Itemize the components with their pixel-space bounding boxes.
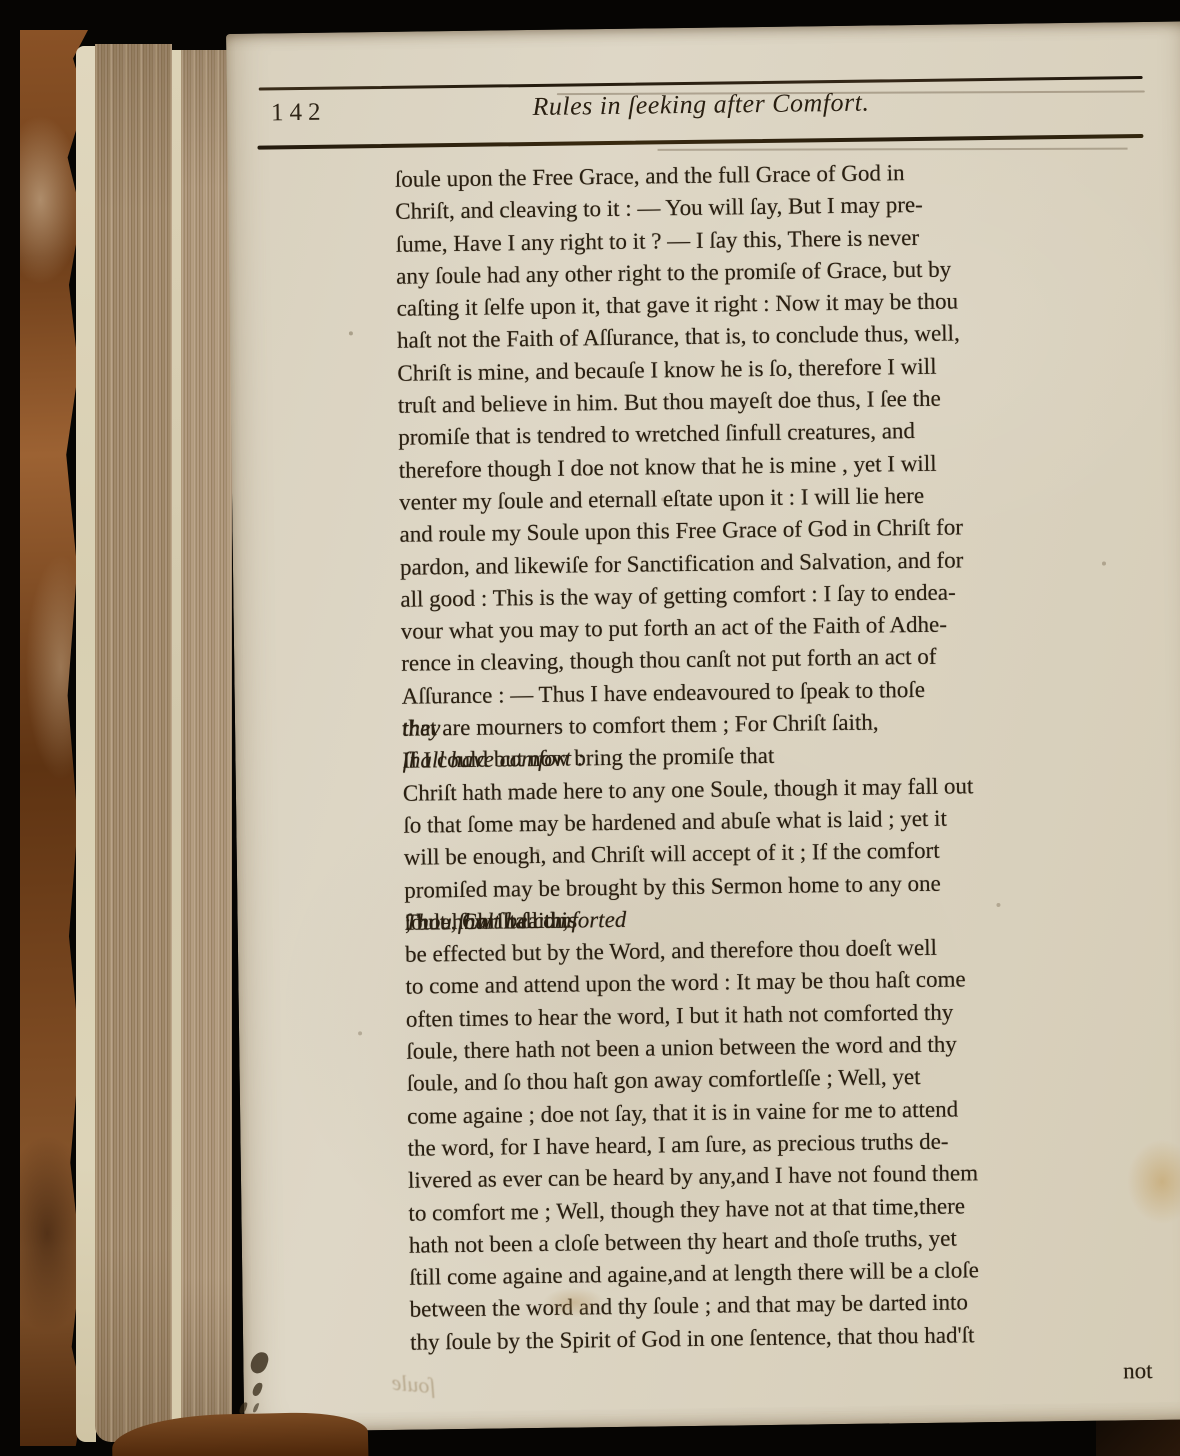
fore-edge-pages-band xyxy=(95,44,172,1442)
fore-edge-pages-band xyxy=(181,50,232,1444)
book-page: 142 Rules in ſeeking after Comfort. ſoul… xyxy=(226,21,1180,1432)
catchword: not xyxy=(410,1358,1152,1394)
paper-specks xyxy=(226,34,228,36)
running-header: Rules in ſeeking after Comfort. xyxy=(259,84,1143,126)
ink-blot xyxy=(248,1350,270,1376)
text-block: ſoule upon the Free Grace, and the full … xyxy=(395,154,1153,1359)
page-edge-sliver xyxy=(76,46,96,1442)
showthrough-text: ſoule xyxy=(391,1370,437,1400)
fore-edge-gap xyxy=(172,50,181,1442)
book-photo: 142 Rules in ſeeking after Comfort. ſoul… xyxy=(0,0,1180,1456)
header-rule-bottom-echo xyxy=(658,148,1128,151)
